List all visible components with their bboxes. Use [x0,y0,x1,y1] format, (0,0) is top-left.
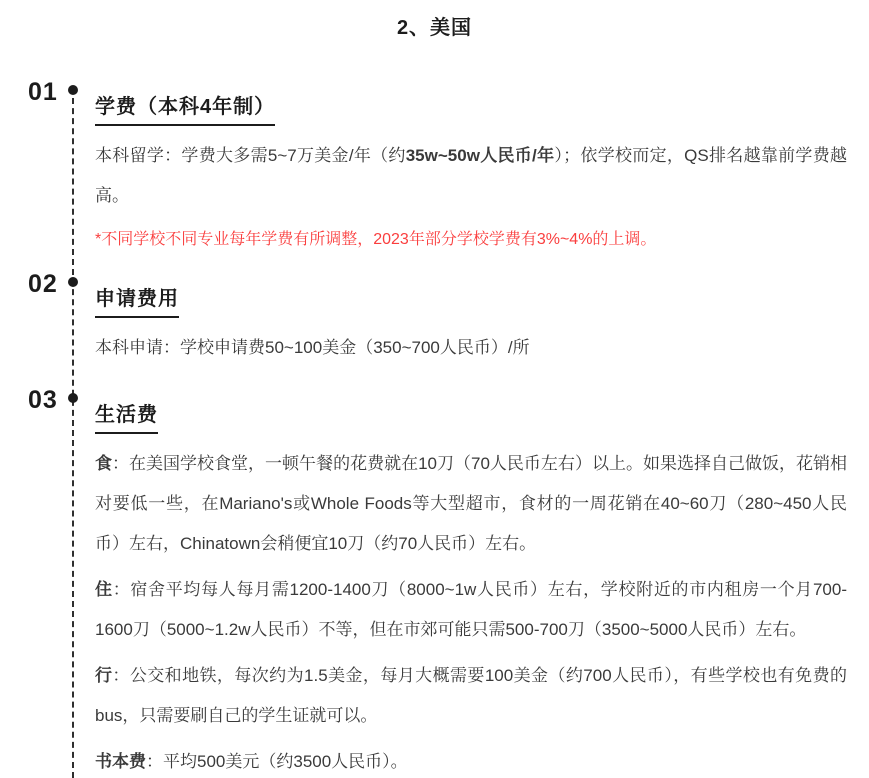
timeline-dot-icon [68,393,78,403]
paragraph-text: 本科留学：学费大多需5~7万美金/年（约35w~50w人民币/年）；依学校而定，… [95,136,847,216]
text-segment: ：平均500美元（约3500人民币）。 [146,752,408,771]
section-number: 01 [28,78,58,107]
bold-text-segment: 35w~50w人民币/年 [406,146,555,165]
section-01: 01学费（本科4年制）本科留学：学费大多需5~7万美金/年（约35w~50w人民… [0,84,869,252]
section-heading: 生活费 [95,398,158,434]
bold-text-segment: 行 [95,666,112,685]
section-heading-row: 生活费 [95,398,847,434]
text-segment: 本科留学：学费大多需5~7万美金/年（约 [95,146,406,165]
section-02: 02申请费用本科申请：学校申请费50~100美金（350~700人民币）/所 [0,276,869,368]
content-area: 01学费（本科4年制）本科留学：学费大多需5~7万美金/年（约35w~50w人民… [0,84,869,778]
document-page: { "page": { "title": "2、美国" }, "colors":… [0,0,869,778]
page-title: 2、美国 [0,0,869,40]
bold-text-segment: 书本费 [95,752,146,771]
timeline-dot-icon [68,85,78,95]
paragraph-text: 书本费：平均500美元（约3500人民币）。 [95,742,847,778]
text-segment: ：在美国学校食堂，一顿午餐的花费就在10刀（70人民币左右）以上。如果选择自己做… [95,454,847,553]
bold-text-segment: 食 [95,454,112,473]
section-number: 02 [28,270,58,299]
paragraph-text: 本科申请：学校申请费50~100美金（350~700人民币）/所 [95,328,847,368]
text-segment: 本科申请：学校申请费50~100美金（350~700人民币）/所 [95,338,530,357]
text-segment: ：宿舍平均每人每月需1200-1400刀（8000~1w人民币）左右，学校附近的… [95,580,847,639]
section-heading: 申请费用 [95,282,179,318]
section-heading-row: 申请费用 [95,282,847,318]
paragraph-text: 行：公交和地铁，每次约为1.5美金，每月大概需要100美金（约700人民币），有… [95,656,847,736]
section-number: 03 [28,386,58,415]
text-segment: *不同学校不同专业每年学费有所调整，2023年部分学校学费有3%~4%的上调。 [95,231,656,248]
paragraph-text: 住：宿舍平均每人每月需1200-1400刀（8000~1w人民币）左右，学校附近… [95,570,847,650]
paragraph-text: 食：在美国学校食堂，一顿午餐的花费就在10刀（70人民币左右）以上。如果选择自己… [95,444,847,564]
sections: 01学费（本科4年制）本科留学：学费大多需5~7万美金/年（约35w~50w人民… [0,84,869,778]
section-heading-row: 学费（本科4年制） [95,90,847,126]
text-segment: ：公交和地铁，每次约为1.5美金，每月大概需要100美金（约700人民币），有些… [95,666,847,725]
timeline-dot-icon [68,277,78,287]
bold-text-segment: 住 [95,580,113,599]
section-heading: 学费（本科4年制） [95,90,275,126]
section-03: 03生活费食：在美国学校食堂，一顿午餐的花费就在10刀（70人民币左右）以上。如… [0,392,869,778]
footnote-text: *不同学校不同专业每年学费有所调整，2023年部分学校学费有3%~4%的上调。 [95,228,847,252]
